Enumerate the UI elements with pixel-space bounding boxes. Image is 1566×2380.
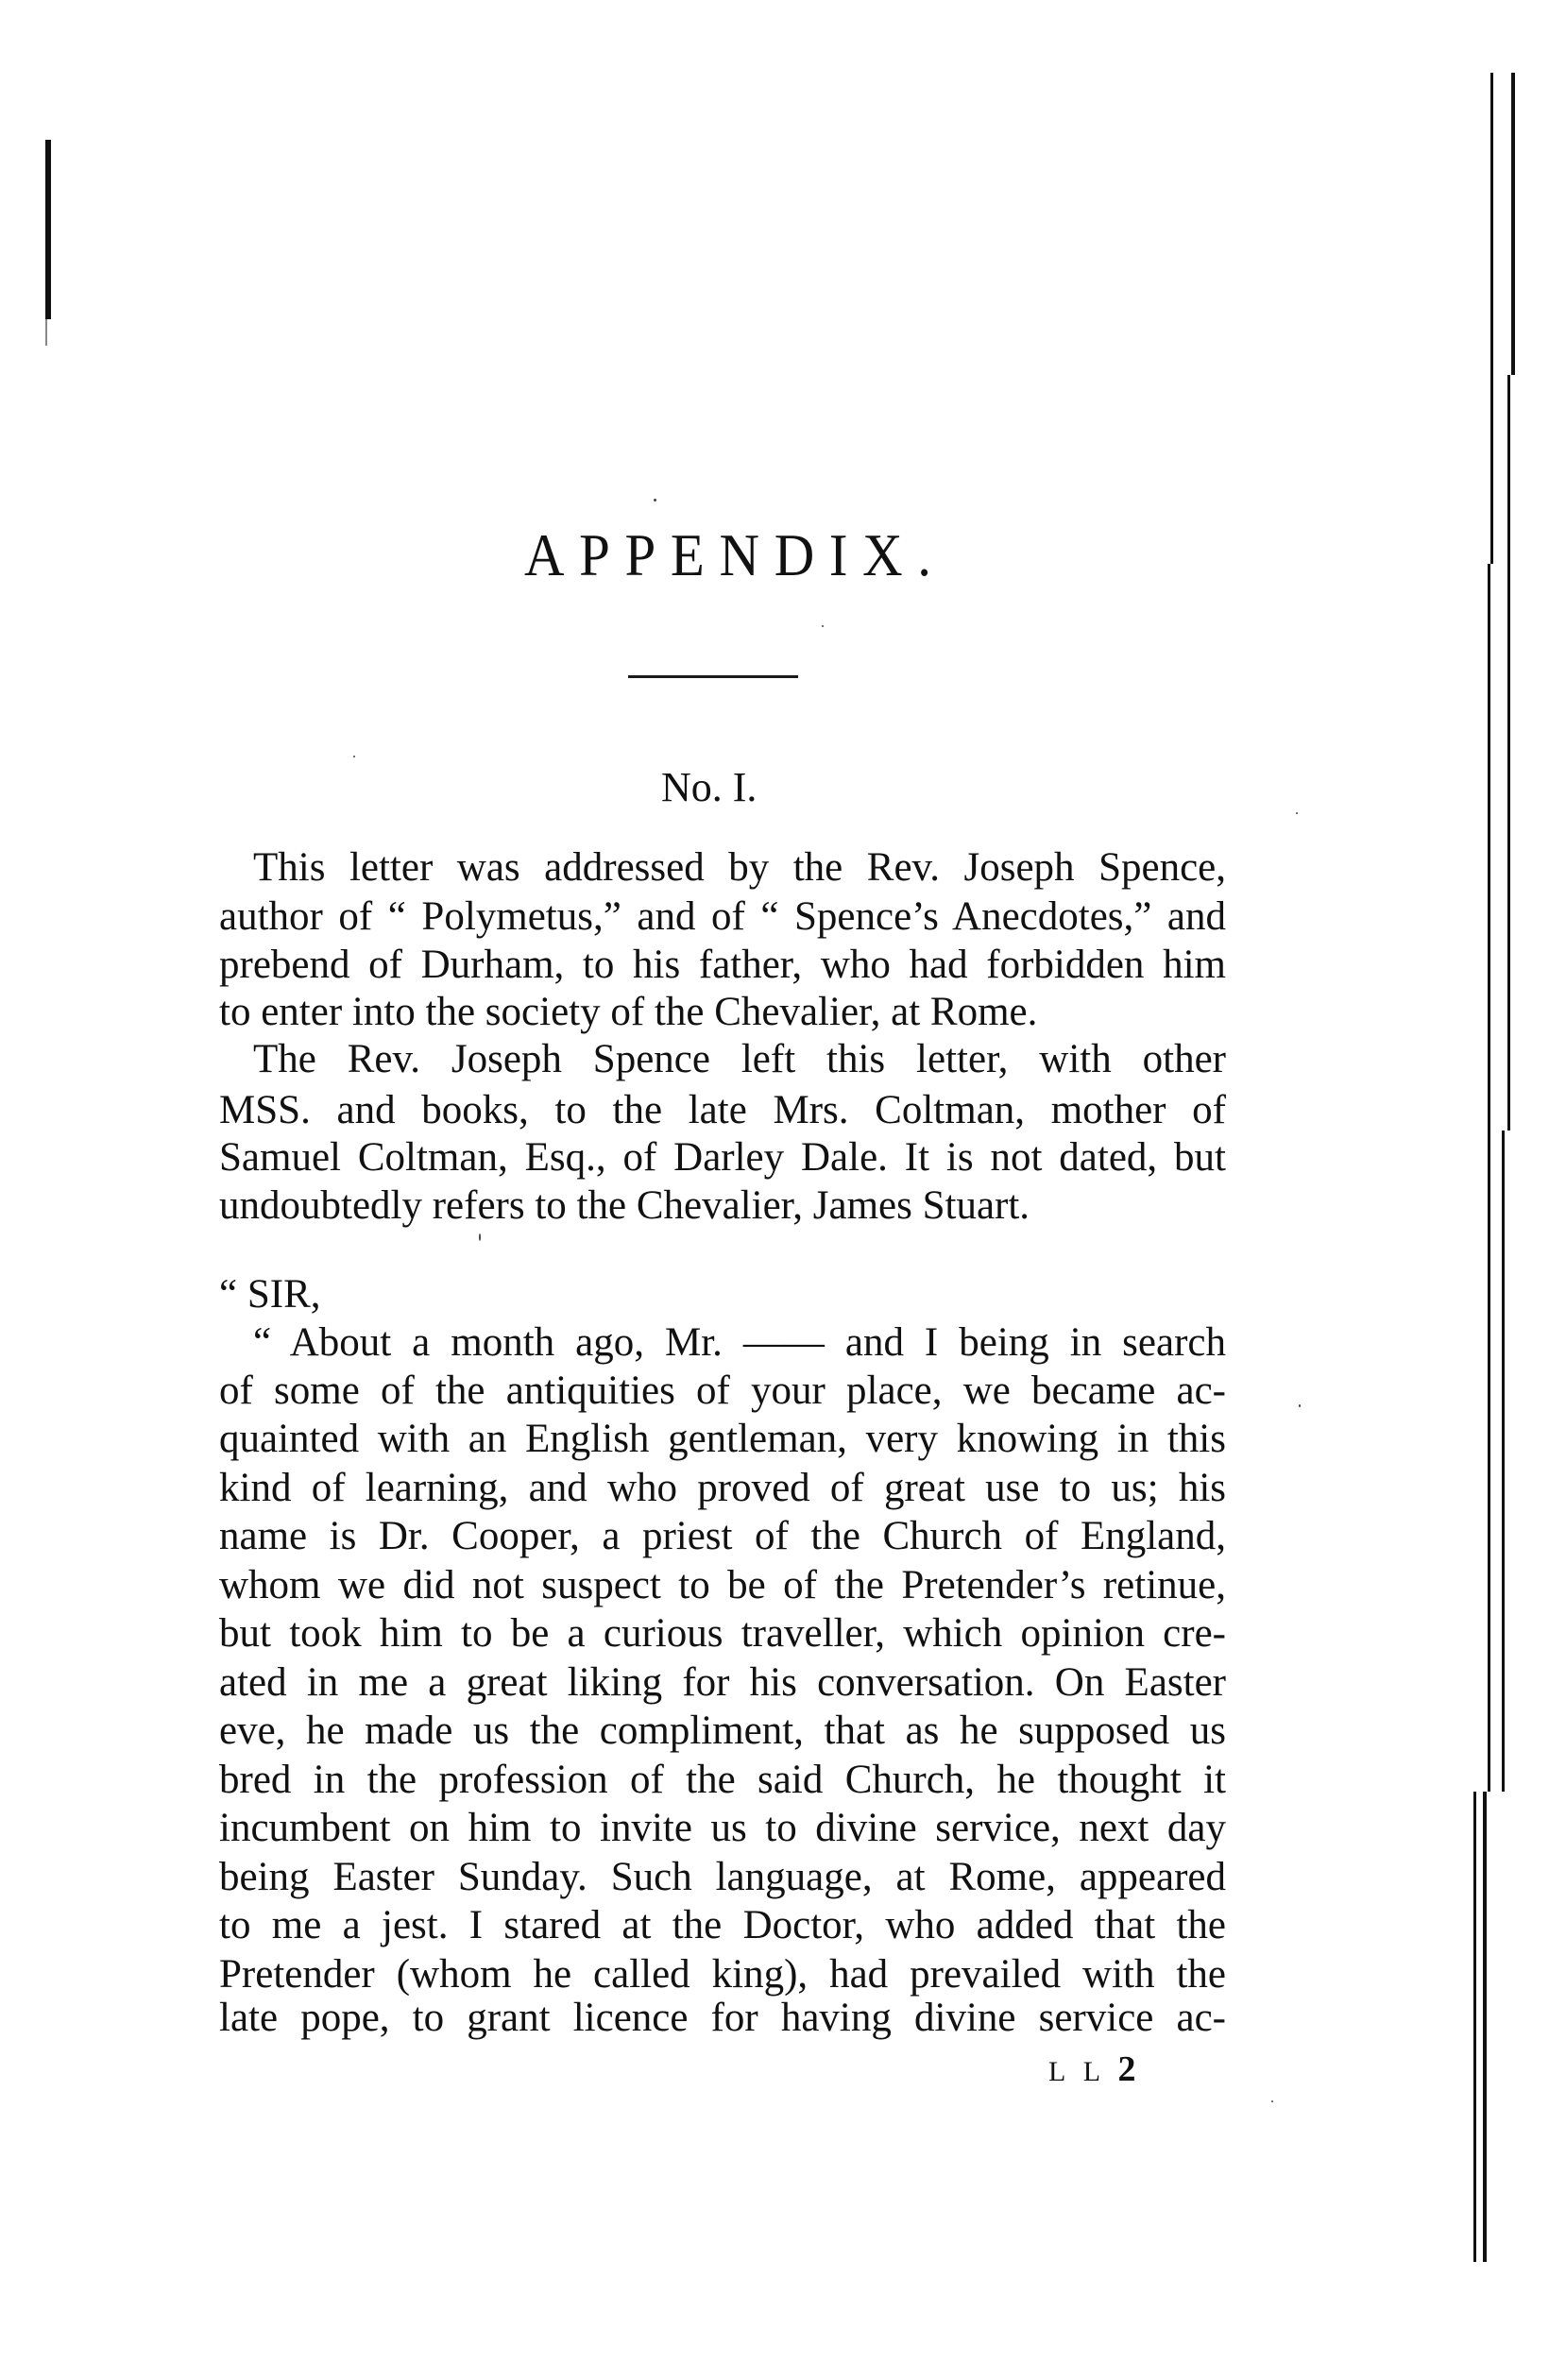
text-line: prebend of Durham, to his father, who ha… <box>219 942 1226 989</box>
scan-edge-right-line-3 <box>1507 375 1510 1130</box>
signature-mark: L L 2 <box>1048 2053 1141 2088</box>
text-line: being Easter Sunday. Such language, at R… <box>219 1854 1226 1901</box>
text-line: whom we did not suspect to be of the Pre… <box>219 1562 1226 1609</box>
text-line: “ About a month ago, Mr. —— and I being … <box>253 1319 1226 1367</box>
section-number: No. I. <box>661 767 757 808</box>
scan-edge-left-mark <box>45 140 51 319</box>
text-line: author of “ Polymetus,” and of “ Spence’… <box>219 893 1226 941</box>
scan-edge-right-line-2 <box>1511 73 1515 375</box>
text-line: MSS. and books, to the late Mrs. Coltman… <box>219 1087 1226 1134</box>
speck <box>353 756 355 757</box>
text-line: to enter into the society of the Chevali… <box>219 989 1226 1036</box>
text-line: of some of the antiquities of your place… <box>219 1368 1226 1415</box>
speck <box>479 1233 481 1241</box>
scan-edge-right-line-7 <box>1483 1792 1487 2262</box>
speck <box>822 625 824 627</box>
scan-edge-right-line-1 <box>1490 73 1493 564</box>
speck <box>1299 1404 1301 1407</box>
text-line: to me a jest. I stared at the Doctor, wh… <box>219 1902 1226 1949</box>
text-line: undoubtedly refers to the Chevalier, Jam… <box>219 1182 1226 1230</box>
text-line: late pope, to grant licence for having d… <box>219 1995 1226 2042</box>
text-line: kind of learning, and who proved of grea… <box>219 1465 1226 1512</box>
scan-edge-right-line-4 <box>1488 564 1490 1792</box>
signature-letters: L L <box>1048 2056 1105 2087</box>
scan-edge-left-mark-faint <box>45 319 47 346</box>
speck <box>1296 812 1298 814</box>
text-line: ated in me a great liking for his conver… <box>219 1659 1226 1707</box>
text-line: Samuel Coltman, Esq., of Darley Dale. It… <box>219 1134 1226 1181</box>
speck <box>654 499 656 501</box>
text-line: bred in the profession of the said Churc… <box>219 1757 1226 1804</box>
text-line: name is Dr. Cooper, a priest of the Chur… <box>219 1513 1226 1560</box>
scan-edge-right-line-6 <box>1473 1792 1476 2262</box>
text-line: Pretender (whom he called king), had pre… <box>219 1951 1226 1998</box>
text-line: eve, he made us the compliment, that as … <box>219 1708 1226 1755</box>
text-line: quainted with an English gentleman, very… <box>219 1416 1226 1463</box>
signature-number: 2 <box>1117 2049 1141 2089</box>
text-line: This letter was addressed by the Rev. Jo… <box>253 844 1226 892</box>
text-line: but took him to be a curious traveller, … <box>219 1610 1226 1657</box>
page-title: APPENDIX. <box>524 525 880 586</box>
letter-salutation: “ SIR, <box>219 1271 1226 1318</box>
text-line: The Rev. Joseph Spence left this letter,… <box>253 1036 1226 1083</box>
title-rule-divider <box>628 675 798 678</box>
speck <box>1271 2100 1273 2102</box>
text-line: incumbent on him to invite us to divine … <box>219 1805 1226 1852</box>
scan-edge-right-line-5 <box>1502 1130 1505 1792</box>
